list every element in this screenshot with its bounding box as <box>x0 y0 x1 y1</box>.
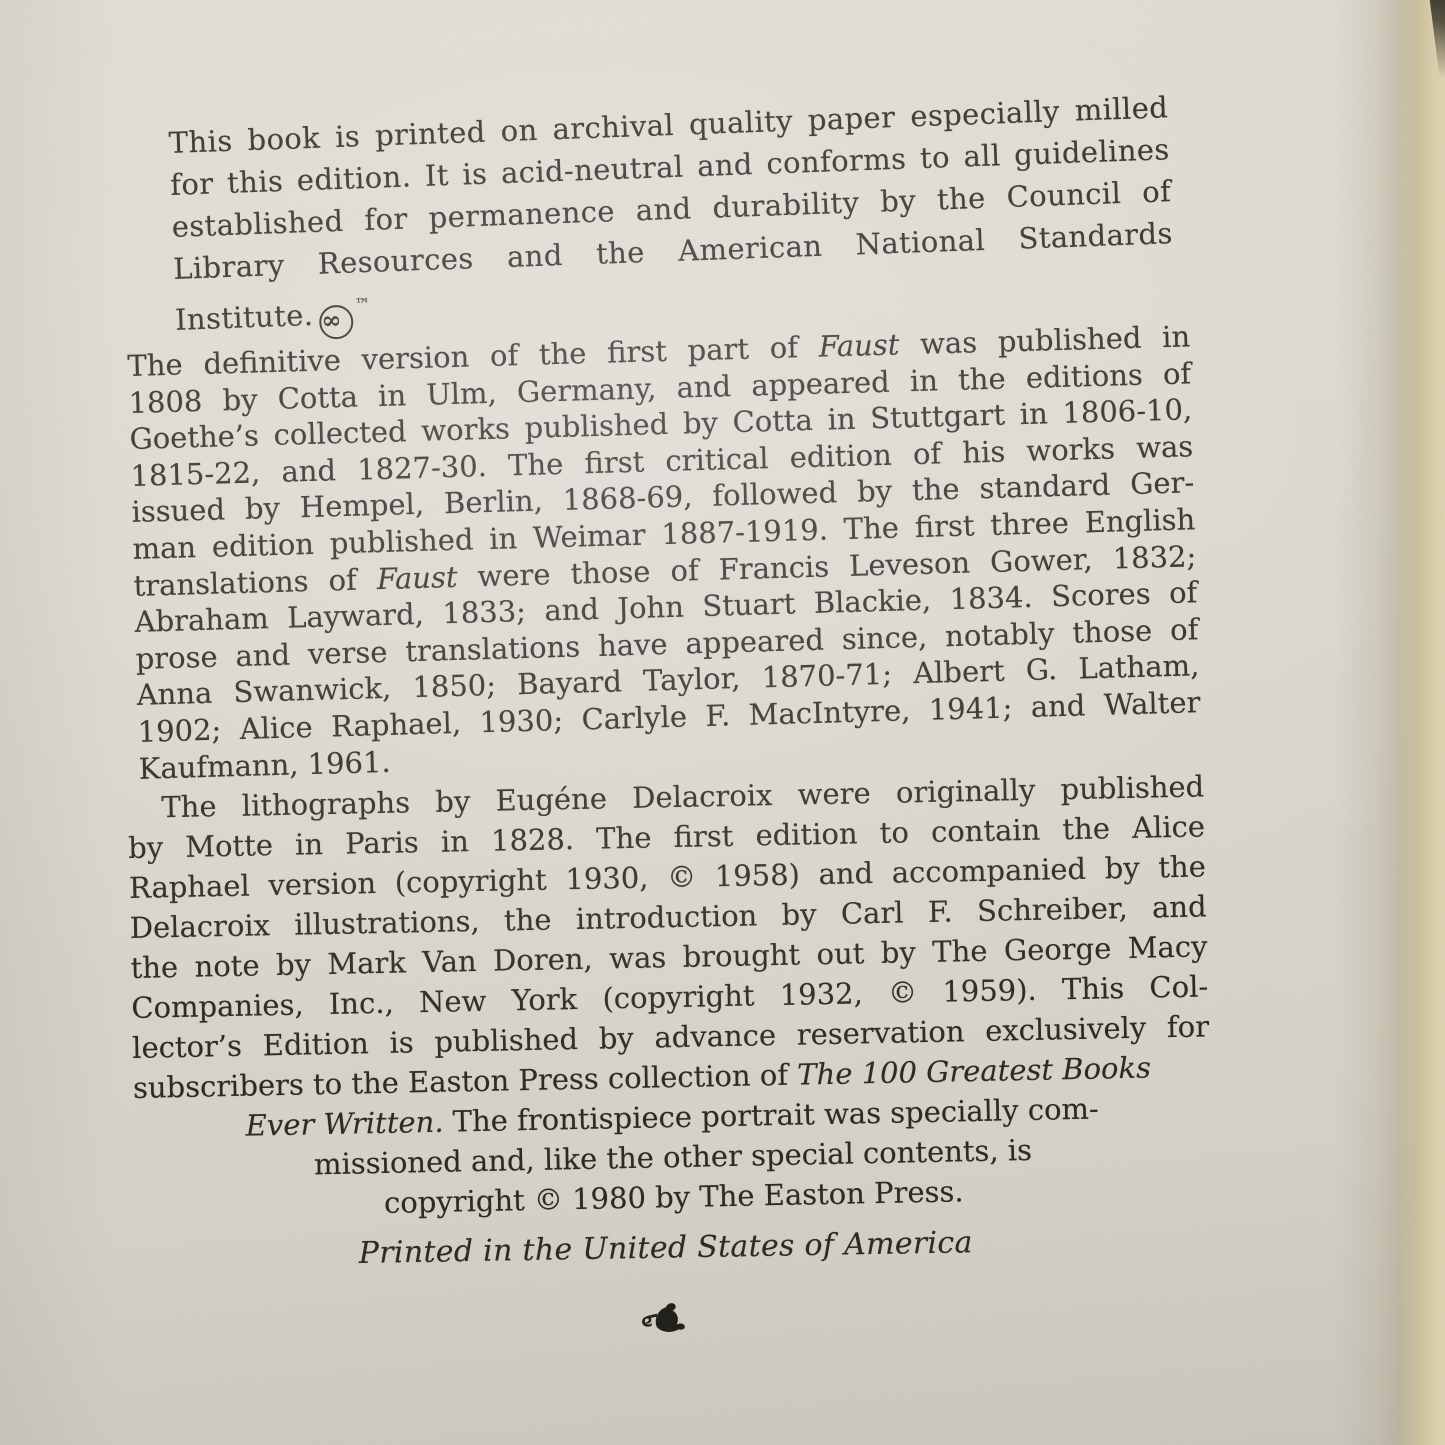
printed-in-usa-line: Printed in the United States of America <box>127 1221 1204 1275</box>
italic-title-segment: Faust <box>376 559 458 595</box>
colophon-paragraph-paper: This book is printed on archival quality… <box>168 86 1175 345</box>
institute-text: Institute. <box>174 298 313 337</box>
italic-title-segment: The 100 Greatest Books <box>797 1051 1151 1092</box>
text-segment: translations of <box>133 562 377 603</box>
colophon-paragraph-edition: The lithographs by Eugéne Delacroix were… <box>127 766 1213 1228</box>
printer-bird-ornament-icon <box>638 1294 694 1338</box>
text-segment: was published in <box>899 319 1191 361</box>
italic-title-segment: Faust <box>818 327 900 363</box>
ornament-row <box>127 1294 1204 1342</box>
page-edge-shadow <box>1335 0 1445 1445</box>
italic-title-segment: Ever Written. <box>245 1105 443 1143</box>
trademark-symbol: ™ <box>355 295 371 314</box>
colophon-paragraph-history: The definitive version of the first part… <box>127 318 1202 787</box>
book-page: This book is printed on archival quality… <box>0 0 1445 1445</box>
permanence-symbol-icon: ∞ <box>319 305 354 340</box>
corner-shadow <box>1411 0 1445 120</box>
